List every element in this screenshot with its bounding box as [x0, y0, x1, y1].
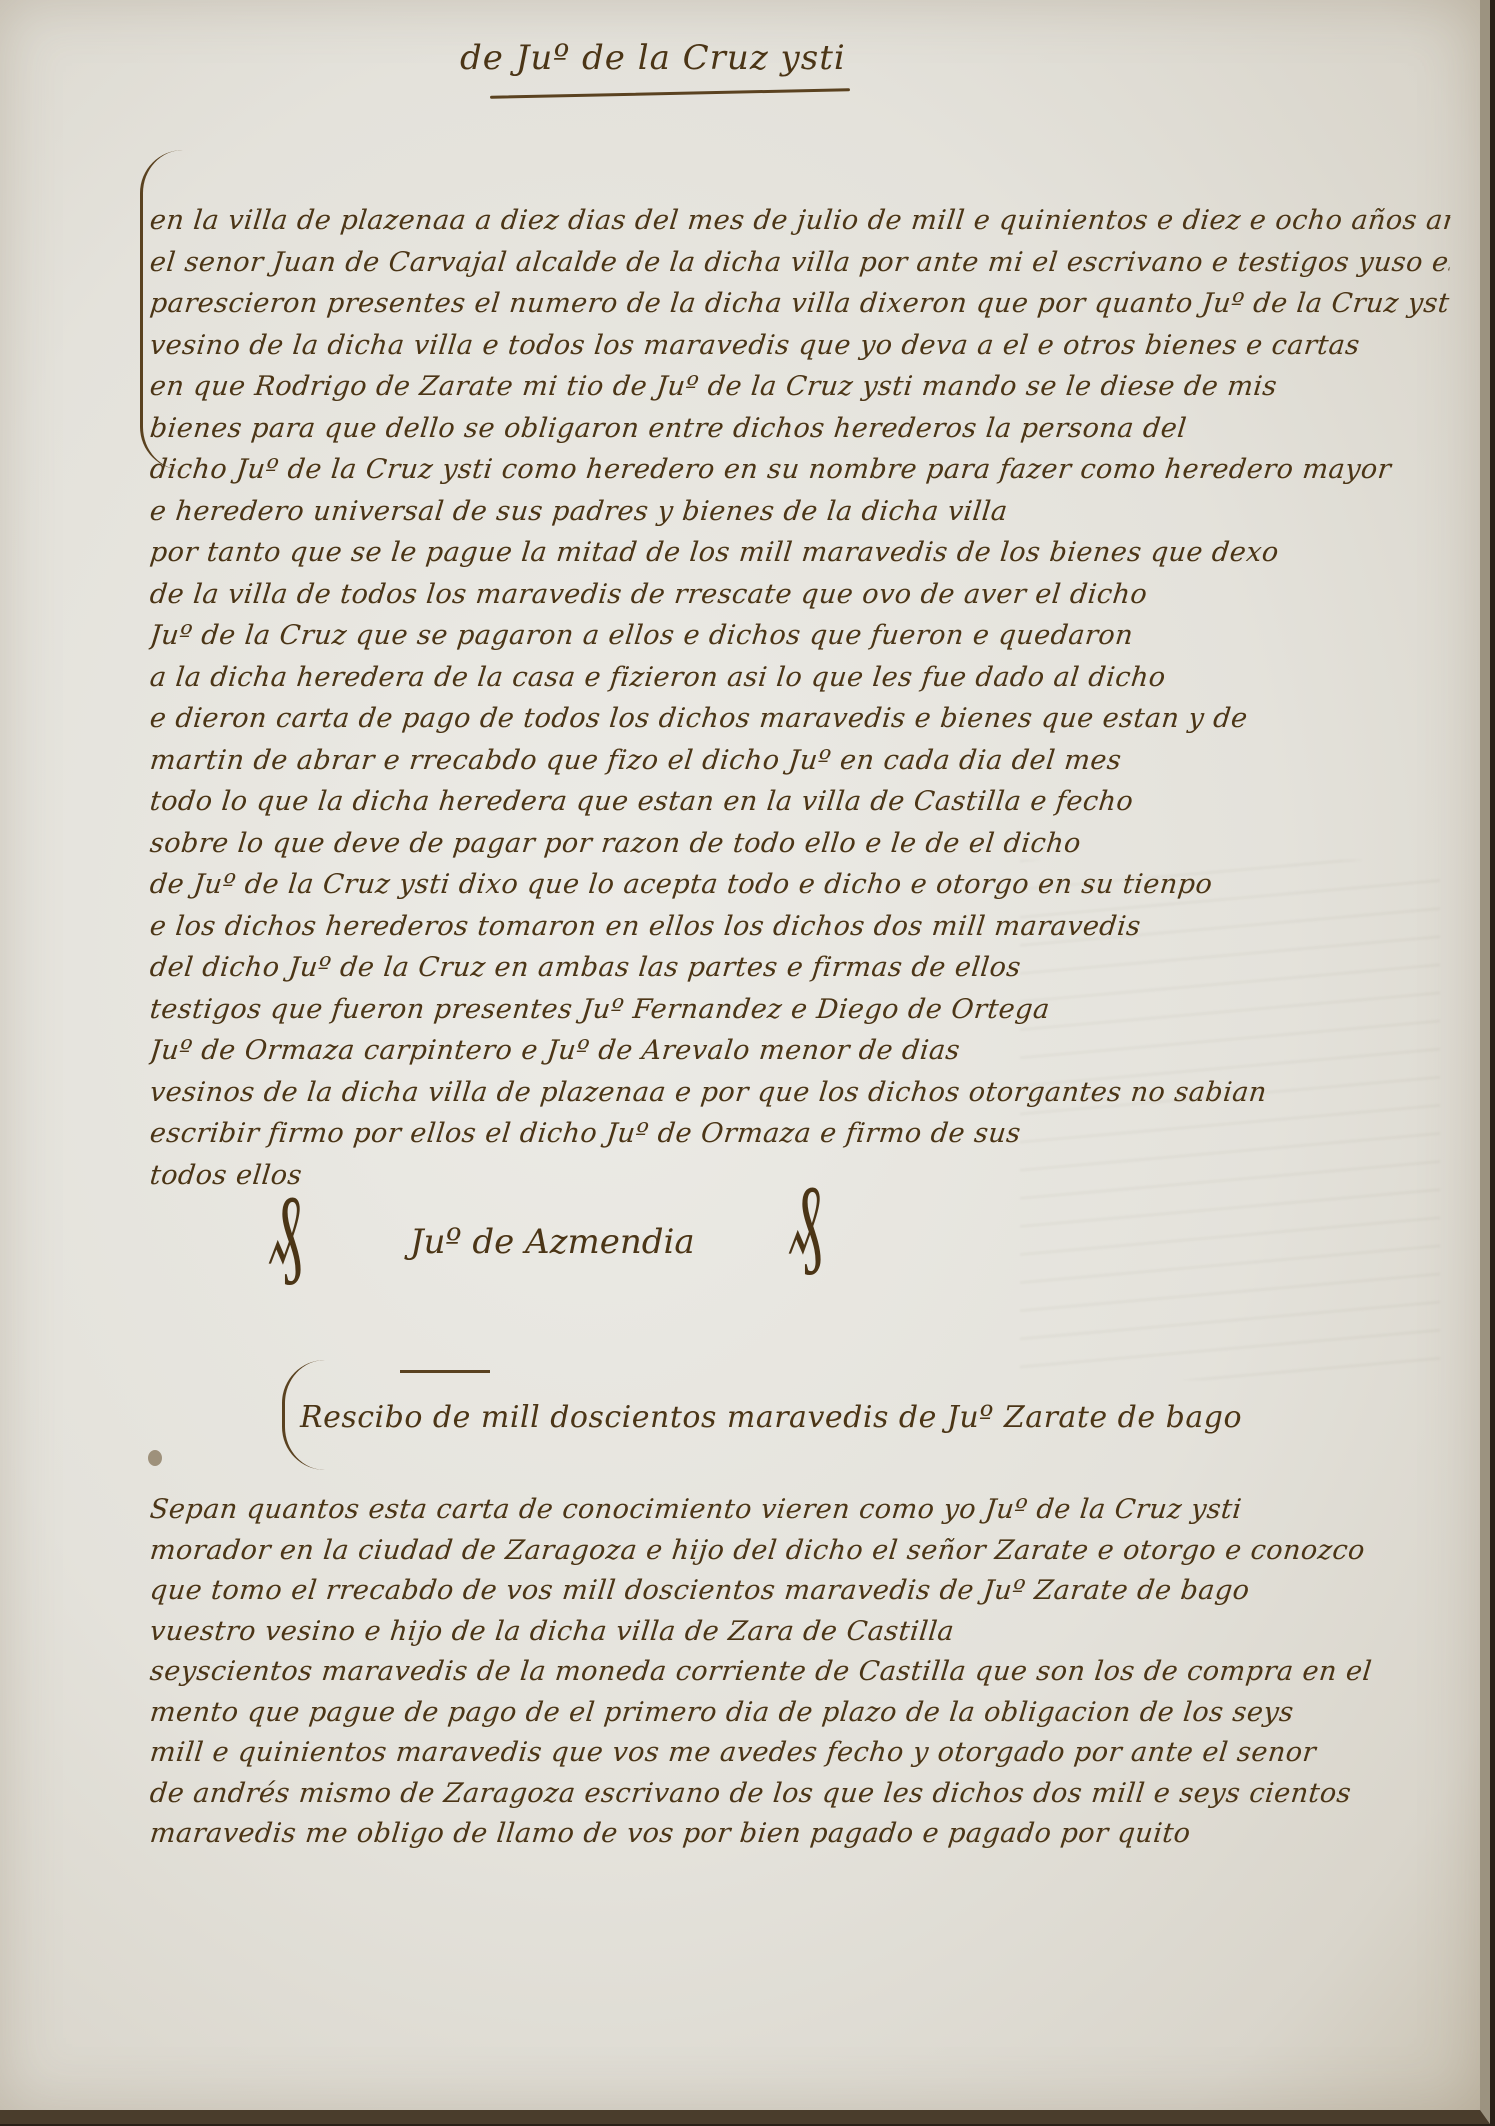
manuscript-line: testigos que fueron presentes Juº Fernan… — [148, 989, 1452, 1031]
manuscript-line: parescieron presentes el numero de la di… — [148, 283, 1452, 325]
manuscript-line: vesinos de la dicha villa de plazenaa e … — [148, 1072, 1452, 1114]
manuscript-line: e heredero universal de sus padres y bie… — [148, 491, 1452, 533]
ink-stain — [148, 1450, 162, 1466]
manuscript-line: e los dichos herederos tomaron en ellos … — [148, 906, 1452, 948]
rubric-flourish-icon: ₰ — [788, 1170, 823, 1270]
manuscript-line: mento que pague de pago de el primero di… — [148, 1693, 1452, 1734]
manuscript-line: del dicho Juº de la Cruz en ambas las pa… — [148, 947, 1452, 989]
manuscript-line: Juº de Ormaza carpintero e Juº de Areval… — [148, 1030, 1452, 1072]
manuscript-line: escribir firmo por ellos el dicho Juº de… — [148, 1113, 1452, 1155]
manuscript-line: de Juº de la Cruz ysti dixo que lo acept… — [148, 864, 1452, 906]
manuscript-line: de la villa de todos los maravedis de rr… — [148, 574, 1452, 616]
manuscript-line: e dieron carta de pago de todos los dich… — [148, 698, 1452, 740]
entry-heading: Rescibo de mill doscientos maravedis de … — [300, 1400, 1242, 1435]
text-block-main: en la villa de plazenaa a diez dias del … — [150, 200, 1450, 1196]
manuscript-line: que tomo el rrecabdo de vos mill doscien… — [148, 1571, 1452, 1612]
manuscript-line: Juº de la Cruz que se pagaron a ellos e … — [148, 615, 1452, 657]
manuscript-line: el senor Juan de Carvajal alcalde de la … — [148, 242, 1452, 284]
manuscript-line: por tanto que se le pague la mitad de lo… — [148, 532, 1452, 574]
manuscript-page: de Juº de la Cruz ysti en la villa de pl… — [0, 0, 1490, 2124]
manuscript-line: morador en la ciudad de Zaragoza e hijo … — [148, 1531, 1452, 1572]
manuscript-line: Sepan quantos esta carta de conocimiento… — [148, 1490, 1452, 1531]
manuscript-line: en que Rodrigo de Zarate mi tio de Juº d… — [148, 366, 1452, 408]
entry-separator-mark — [400, 1370, 490, 1373]
manuscript-line: en la villa de plazenaa a diez dias del … — [148, 200, 1452, 242]
manuscript-line: de andrés mismo de Zaragoza escrivano de… — [148, 1774, 1452, 1815]
signature-area: ₰ Juº de Azmendia ₰ — [240, 1180, 1140, 1330]
manuscript-line: vuestro vesino e hijo de la dicha villa … — [148, 1612, 1452, 1653]
rubric-flourish-icon: ₰ — [268, 1180, 303, 1280]
manuscript-line: bienes para que dello se obligaron entre… — [148, 408, 1452, 450]
manuscript-line: a la dicha heredera de la casa e fiziero… — [148, 657, 1452, 699]
folio-header: de Juº de la Cruz ysti — [460, 38, 846, 78]
manuscript-line: seyscientos maravedis de la moneda corri… — [148, 1652, 1452, 1693]
notary-signature: Juº de Azmendia — [410, 1222, 695, 1262]
manuscript-line: todo lo que la dicha heredera que estan … — [148, 781, 1452, 823]
manuscript-line: vesino de la dicha villa e todos los mar… — [148, 325, 1452, 367]
manuscript-line: dicho Juº de la Cruz ysti como heredero … — [148, 449, 1452, 491]
manuscript-line: martin de abrar e rrecabdo que fizo el d… — [148, 740, 1452, 782]
manuscript-line: maravedis me obligo de llamo de vos por … — [148, 1814, 1452, 1855]
header-underline — [490, 88, 850, 99]
text-block-receipt: Sepan quantos esta carta de conocimiento… — [150, 1490, 1450, 1855]
manuscript-line: sobre lo que deve de pagar por razon de … — [148, 823, 1452, 865]
manuscript-line: mill e quinientos maravedis que vos me a… — [148, 1733, 1452, 1774]
